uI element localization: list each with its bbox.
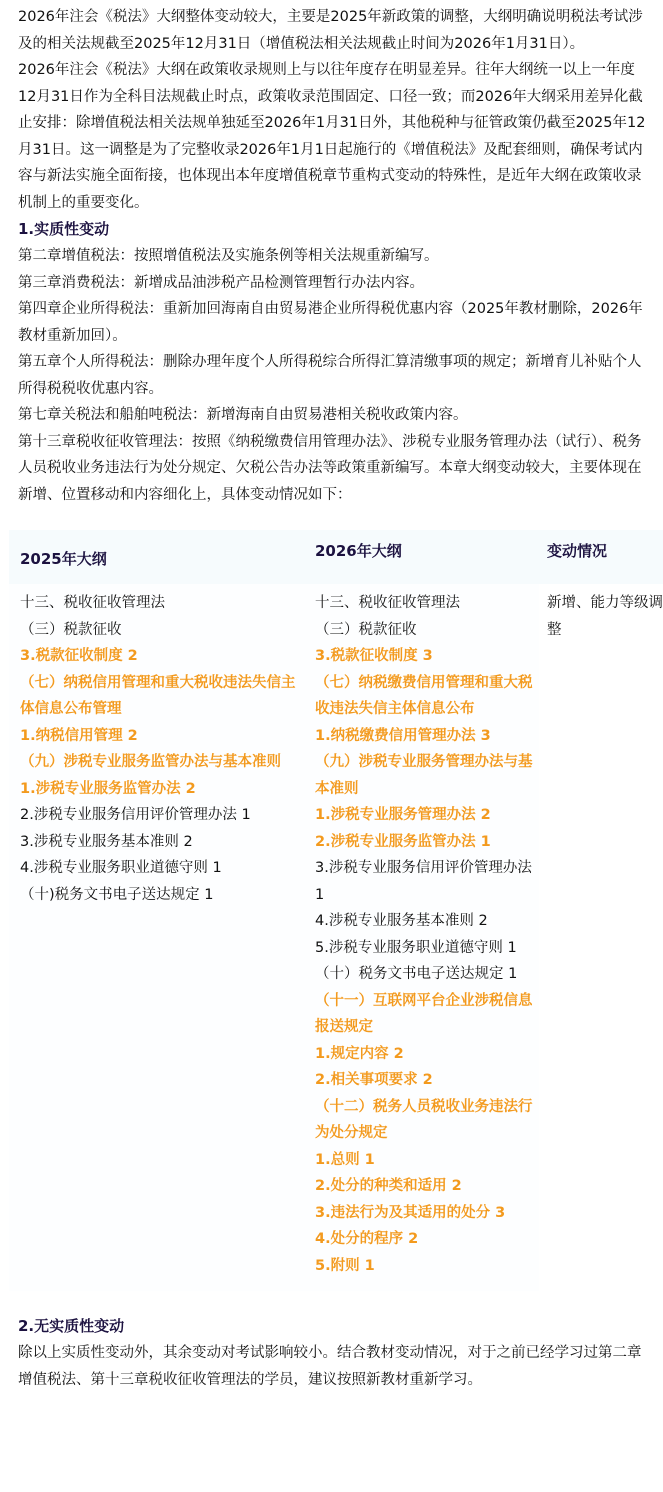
syllabus-comparison-table: 2025年大纲 2026年大纲 变动情况 十三、税收征收管理法（三）税款征收3.… (9, 530, 663, 1291)
change-item-ch2: 第二章增值税法：按照增值税法及实施条例等相关法规重新编写。 (18, 243, 651, 270)
syllabus-line: 十三、税收征收管理法 (315, 590, 533, 617)
syllabus-line: 3.涉税专业服务基本准则 2 (20, 829, 307, 856)
syllabus-line: （七）纳税信用管理和重大税收违法失信主体信息公布管理 (20, 670, 307, 723)
syllabus-line: 1.涉税专业服务管理办法 2 (315, 802, 533, 829)
syllabus-line: 5.涉税专业服务职业道德守则 1 (315, 935, 533, 962)
syllabus-line: （三）税款征收 (315, 617, 533, 644)
syllabus-line: 1.纳税信用管理 2 (20, 723, 307, 750)
syllabus-line: 3.税款征收制度 3 (315, 643, 533, 670)
section-heading-substantive: 1.实质性变动 (18, 216, 651, 243)
cell-change: 新增、能力等级调整 (539, 584, 663, 1291)
syllabus-line: 1.涉税专业服务监管办法 2 (20, 776, 307, 803)
syllabus-line: 3.违法行为及其适用的处分 3 (315, 1200, 533, 1227)
syllabus-line: 2.涉税专业服务监管办法 1 (315, 829, 533, 856)
syllabus-line: 3.涉税专业服务信用评价管理办法 1 (315, 855, 533, 908)
section-heading-nonsubstantive: 2.无实质性变动 (18, 1313, 651, 1340)
syllabus-line: 4.处分的程序 2 (315, 1226, 533, 1253)
syllabus-line: （九）涉税专业服务监管办法与基本准则 (20, 749, 307, 776)
syllabus-line: （十二）税务人员税收业务违法行为处分规定 (315, 1094, 533, 1147)
cell-2025-syllabus: 十三、税收征收管理法（三）税款征收3.税款征收制度 2（七）纳税信用管理和重大税… (9, 584, 307, 1291)
header-2025: 2025年大纲 (9, 530, 307, 584)
syllabus-line: （十)税务文书电子送达规定 1 (20, 882, 307, 909)
intro-paragraph-1: 2026年注会《税法》大纲整体变动较大，主要是2025年新政策的调整，大纲明确说… (18, 4, 651, 57)
change-item-ch13: 第十三章税收征收管理法：按照《纳税缴费信用管理办法》、涉税专业服务管理办法（试行… (18, 429, 651, 509)
syllabus-line: 2.涉税专业服务信用评价管理办法 1 (20, 802, 307, 829)
syllabus-line: 4.涉税专业服务职业道德守则 1 (20, 855, 307, 882)
syllabus-line: 1.纳税缴费信用管理办法 3 (315, 723, 533, 750)
syllabus-line: （十一）互联网平台企业涉税信息报送规定 (315, 988, 533, 1041)
syllabus-line: 1.总则 1 (315, 1147, 533, 1174)
change-item-ch5: 第五章个人所得税法：删除办理年度个人所得税综合所得汇算清缴事项的规定；新增育儿补… (18, 349, 651, 402)
section2-text: 除以上实质性变动外，其余变动对考试影响较小。结合教材变动情况，对于之前已经学习过… (18, 1340, 651, 1393)
syllabus-line: （三）税款征收 (20, 617, 307, 644)
syllabus-line: 4.涉税专业服务基本准则 2 (315, 908, 533, 935)
syllabus-line: （九）涉税专业服务管理办法与基本准则 (315, 749, 533, 802)
change-description: 新增、能力等级调整 (547, 590, 663, 643)
syllabus-line: 2.处分的种类和适用 2 (315, 1173, 533, 1200)
article: 2026年注会《税法》大纲整体变动较大，主要是2025年新政策的调整，大纲明确说… (0, 0, 663, 1393)
syllabus-line: （七）纳税缴费信用管理和重大税收违法失信主体信息公布 (315, 670, 533, 723)
change-item-ch7: 第七章关税法和船舶吨税法：新增海南自由贸易港相关税收政策内容。 (18, 402, 651, 429)
syllabus-line: 2.相关事项要求 2 (315, 1067, 533, 1094)
syllabus-line: 3.税款征收制度 2 (20, 643, 307, 670)
syllabus-line: （十）税务文书电子送达规定 1 (315, 961, 533, 988)
syllabus-line: 1.规定内容 2 (315, 1041, 533, 1068)
change-item-ch3: 第三章消费税法：新增成品油涉税产品检测管理暂行办法内容。 (18, 270, 651, 297)
syllabus-line: 5.附则 1 (315, 1253, 533, 1280)
change-item-ch4: 第四章企业所得税法：重新加回海南自由贸易港企业所得税优惠内容（2025年教材删除… (18, 296, 651, 349)
intro-paragraph-2: 2026年注会《税法》大纲在政策收录规则上与以往年度存在明显差异。往年大纲统一以… (18, 57, 651, 216)
syllabus-line: 十三、税收征收管理法 (20, 590, 307, 617)
header-change: 变动情况 (539, 530, 663, 584)
header-2026: 2026年大纲 (307, 530, 539, 584)
cell-2026-syllabus: 十三、税收征收管理法（三）税款征收3.税款征收制度 3（七）纳税缴费信用管理和重… (307, 584, 539, 1291)
